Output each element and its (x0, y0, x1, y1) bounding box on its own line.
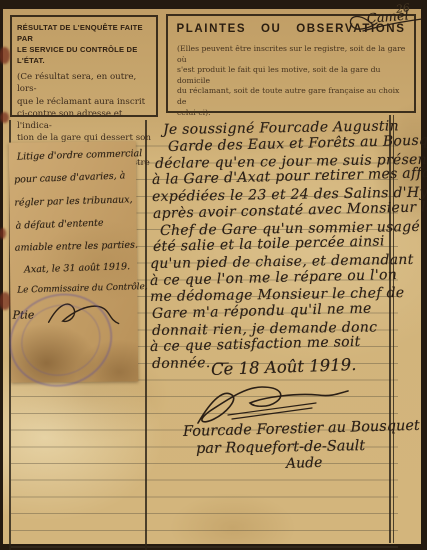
document-page: RÉSULTAT DE L'ENQUÊTE FAITE PAR LE SERVI… (3, 9, 421, 544)
register-page-photo: RÉSULTAT DE L'ENQUÊTE FAITE PAR LE SERVI… (0, 0, 427, 550)
note-line: à défaut d'entente (15, 218, 103, 232)
note-line: amiable entre les parties. (15, 240, 138, 254)
complaints-box-body: (Elles peuvent être inscrites sur le reg… (168, 35, 414, 118)
note-line: pour cause d'avaries, à (14, 170, 126, 185)
note-line: Axat, le 31 août 1919. (24, 261, 130, 275)
ink-blob (0, 228, 6, 239)
closing-line: Aude (286, 455, 323, 472)
note-line: régler par les tribunaux, (14, 194, 132, 208)
closing-line: par Roquefort-de-Sault (196, 438, 365, 457)
ink-blob (0, 112, 9, 123)
controller-signature-flourish-icon (343, 7, 423, 37)
note-line: Le Commissaire du Contrôle, (17, 282, 148, 296)
control-stamp-inner-ring (12, 294, 110, 386)
result-box-title: RÉSULTAT DE L'ENQUÊTE FAITE PAR LE SERVI… (12, 17, 156, 66)
result-box: RÉSULTAT DE L'ENQUÊTE FAITE PAR LE SERVI… (10, 15, 158, 117)
note-line: Litige d'ordre commercial (17, 148, 143, 162)
pasted-note: Litige d'ordre commercial pour cause d'a… (9, 141, 139, 382)
ink-blob (0, 47, 10, 64)
